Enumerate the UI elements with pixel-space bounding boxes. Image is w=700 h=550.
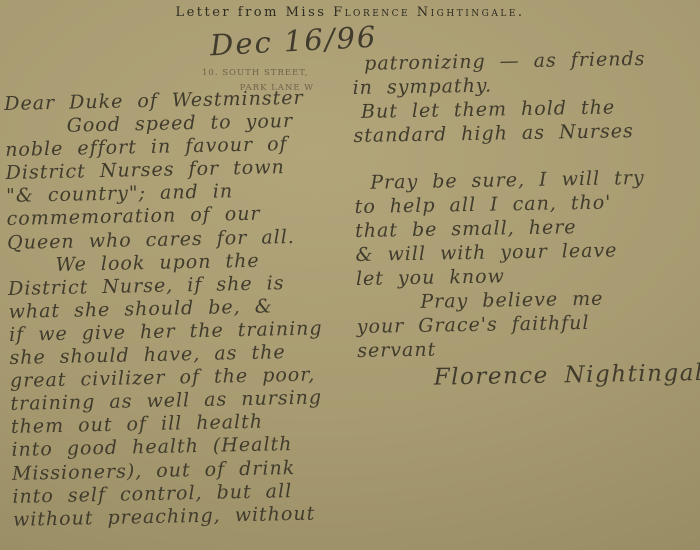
page-title: Letter from Miss Florence Nightingale. <box>0 5 700 20</box>
handwritten-line: servant <box>357 333 700 363</box>
page-title-name: Florence Nightingale. <box>333 5 524 20</box>
signature: Florence Nightingale <box>357 361 700 391</box>
handwritten-line: standard high as Nurses <box>353 118 700 148</box>
letterhead-street: 10. SOUTH STREET, <box>202 66 314 81</box>
letter-page: Letter from Miss Florence Nightingale. D… <box>0 0 700 550</box>
letter-left-column: Dear Duke of Westminster Good speed to y… <box>4 86 359 532</box>
page-title-prefix: Letter from Miss <box>175 5 326 20</box>
letter-right-column: patronizing — as friends in sympathy. Bu… <box>352 46 700 391</box>
